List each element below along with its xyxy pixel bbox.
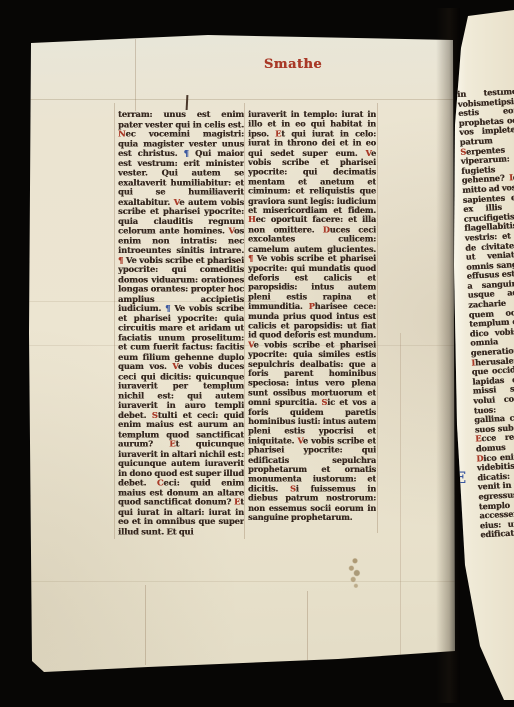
left-page: Smathe terram: unus est enim pater veste…	[28, 33, 455, 673]
text-column-left: terram: unus est enim pater vester qui i…	[118, 110, 244, 551]
fold-line	[28, 99, 455, 100]
ruling-line	[114, 103, 115, 539]
text-column-right: iuraverit in templo: iurat in illo et in…	[248, 110, 376, 540]
facing-page-text-clip: in testimonio estis vobismetipsis: quia …	[457, 90, 514, 572]
running-title: Smathe	[233, 57, 353, 72]
fold-line	[28, 581, 455, 582]
ruling-line	[307, 591, 308, 661]
ascender-flourish	[186, 95, 188, 110]
ruling-line	[377, 103, 378, 533]
ruling-line	[244, 103, 245, 539]
ruling-line	[145, 585, 146, 665]
ruling-line	[135, 39, 136, 111]
facing-page-edge: in testimonio estis vobismetipsis: quia …	[452, 10, 514, 700]
ink-stain	[346, 557, 364, 589]
ruling-line	[400, 333, 401, 659]
manuscript-photo: Smathe terram: unus est enim pater veste…	[0, 0, 514, 707]
